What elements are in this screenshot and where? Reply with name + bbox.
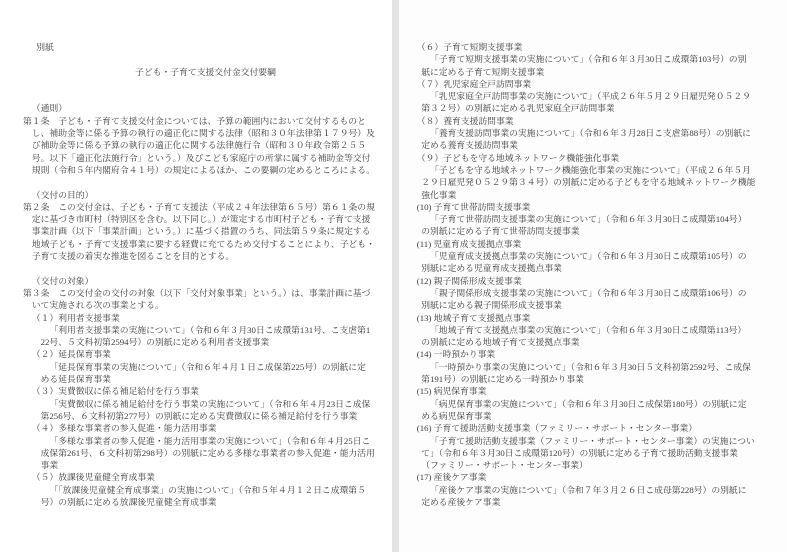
text-line: （ファミリー・サポート・センター事業） bbox=[408, 459, 779, 471]
blank-line bbox=[23, 90, 388, 102]
text-line: 第３条 この交付金の交付の対象（以下「交付対象事業」という。）は、事業計画に基づ bbox=[23, 287, 388, 299]
text-line: 第１条 子ども・子育て支援交付金については、予算の範囲内において交付するものと bbox=[23, 115, 388, 127]
text-line: （７）乳児家庭全戸訪問事業 bbox=[408, 78, 779, 90]
page-gutter bbox=[392, 0, 399, 552]
text-line: （４）多様な事業者の参入促進・能力活用事業 bbox=[23, 422, 388, 434]
text-line: (17) 産後ケア事業 bbox=[408, 471, 779, 483]
text-line: （５）放課後児童健全育成事業 bbox=[23, 471, 388, 483]
text-line: （３）実費徴収に係る補足給付を行う事業 bbox=[23, 385, 388, 397]
blank-line bbox=[23, 53, 388, 65]
text-line: 「児童育成支援拠点事業の実施について」（令和６年３月30日こ成環第105号）の bbox=[408, 250, 779, 262]
text-line: 「実費徴収に係る補足給付を行う事業の実施について」（令和６年４月23日こ成保 bbox=[23, 398, 388, 410]
blank-line bbox=[23, 78, 388, 90]
text-line: （９）子どもを守る地域ネットワーク機能強化事業 bbox=[408, 152, 779, 164]
text-line: （８）養育支援訪問事業 bbox=[408, 115, 779, 127]
text-line: び補助金等に係る予算の執行の適正化に関する法律施行令（昭和３０年政令第２５５ bbox=[23, 139, 388, 151]
text-line: 定に基づき市町村（特別区を含む。以下同じ。）が策定する市町村子ども・子育て支援 bbox=[23, 213, 388, 225]
text-line: 規則（令和５年内閣府令４１号）の規定によるほか、この要綱の定めるところによる。 bbox=[23, 164, 388, 176]
text-line: 「産後ケア事業の実施について」（令和７年３月２６日こ成母第228号）の別紙に bbox=[408, 484, 779, 496]
text-line: 22号、５文科初第2594号）の別紙に定める利用者支援事業 bbox=[23, 336, 388, 348]
text-line: （２）延長保育事業 bbox=[23, 348, 388, 360]
text-line: 「多様な事業者の参入促進・能力活用事業の実施について」（令和６年４月25日こ bbox=[23, 435, 388, 447]
text-line: 「延長保育事業の実施について」（令和６年４月１日こ成保第225号）の別紙に定 bbox=[23, 361, 388, 373]
blank-line bbox=[23, 176, 388, 188]
text-line: いて実施される次の事業とする。 bbox=[23, 299, 388, 311]
text-line: (16) 子育て援助活動支援事業（ファミリー・サポート・センター事業） bbox=[408, 422, 779, 434]
text-line: 地域子ども・子育て支援事業に要する経費に充てるため交付することにより、子ども・ bbox=[23, 238, 388, 250]
text-line: (10) 子育て世帯訪問支援事業 bbox=[408, 201, 779, 213]
text-line: (14) 一時預かり事業 bbox=[408, 348, 779, 360]
text-line: 号）の別紙に定める放課後児童健全育成事業 bbox=[23, 496, 388, 508]
text-line: 「子育て援助活動支援事業（ファミリー・サポート・センター事業）の実施につい bbox=[408, 435, 779, 447]
text-line: 別紙に定める児童育成支援拠点事業 bbox=[408, 262, 779, 274]
text-line: 事業 bbox=[23, 459, 388, 471]
text-line: 「病児保育事業の実施について」（令和６年３月30日こ成保第180号）の別紙に定 bbox=[408, 398, 779, 410]
text-line: ２９日雇児発０５２９第３４号）の別紙に定める子どもを守る地域ネットワーク機能 bbox=[408, 176, 779, 188]
text-line: 子育て支援の着実な推進を図ることを目的とする。 bbox=[23, 250, 388, 262]
text-line: 「「放課後児童健全育成事業」の実施について」（令和５年４月１２日こ成環第５ bbox=[23, 484, 388, 496]
document-page-1: 別紙 子ども・子育て支援交付金交付要綱 （通則）第１条 子ども・子育て支援交付金… bbox=[0, 0, 392, 552]
text-line: 号。以下「適正化法施行令」という。）及びこども家庭庁の所掌に属する補助金等交付 bbox=[23, 152, 388, 164]
text-line: 定める養育支援訪問事業 bbox=[408, 139, 779, 151]
text-line: （１）利用者支援事業 bbox=[23, 312, 388, 324]
text-line: 第２条 この交付金は、子ども・子育て支援法（平成２４年法律第６５号）第６１条の規 bbox=[23, 201, 388, 213]
text-line: 「養育支援訪問事業の実施について」（令和６年３月28日こ支虐第88号）の別紙に bbox=[408, 127, 779, 139]
text-line: 「親子関係形成支援事業の実施について」（令和６年３月30日こ成環第106号）の bbox=[408, 287, 779, 299]
document-title: 子ども・子育て支援交付金交付要綱 bbox=[23, 66, 388, 78]
text-line: 別紙 bbox=[23, 41, 388, 53]
text-line: 強化事業 bbox=[408, 189, 779, 201]
text-line: 成保第261号、６文科初第298号）の別紙に定める多様な事業者の参入促進・能力活… bbox=[23, 447, 388, 459]
text-line: (13) 地域子育て支援拠点事業 bbox=[408, 312, 779, 324]
text-line: 「地域子育て支援拠点事業の実施について」（令和６年３月30日こ成環第113号） bbox=[408, 324, 779, 336]
text-line: (12) 親子関係形成支援事業 bbox=[408, 275, 779, 287]
document-spread: { "theme": { "background_color": "#e6e6e… bbox=[0, 0, 787, 552]
text-line: （６）子育て短期支援事業 bbox=[408, 41, 779, 53]
text-line: 「利用者支援事業の実施について」（令和６年３月30日こ成環第131号、こ支虐第1 bbox=[23, 324, 388, 336]
text-line: 第３２号）の別紙に定める乳児家庭全戸訪問事業 bbox=[408, 102, 779, 114]
text-line: 事業計画（以下「事業計画」という。）に基づく措置のうち、同法第５９条に規定する bbox=[23, 225, 388, 237]
text-line: の別紙に定める地域子育て支援拠点事業 bbox=[408, 336, 779, 348]
text-line: 第256号、６文科初第277号）の別紙に定める実費徴収に係る補足給付を行う事業 bbox=[23, 410, 388, 422]
text-line: 「乳児家庭全戸訪問事業の実施について」（平成２６年５月２９日雇児発０５２９ bbox=[408, 90, 779, 102]
text-line: 「子育て短期支援事業の実施について」（令和６年３月30日こ成環第103号）の別 bbox=[408, 53, 779, 65]
text-line: （交付の対象） bbox=[23, 275, 388, 287]
text-line: （交付の目的） bbox=[23, 189, 388, 201]
text-line: 「子育て世帯訪問支援事業の実施について」（令和６年３月30日こ成環第104号） bbox=[408, 213, 779, 225]
text-line: て」（令和６年３月30日こ成環第120号）の別紙に定める子育て援助活動支援事業 bbox=[408, 447, 779, 459]
text-line: し、補助金等に係る予算の執行の適正化に関する法律（昭和３０年法律第１７９号）及 bbox=[23, 127, 388, 139]
text-line: める病児保育事業 bbox=[408, 410, 779, 422]
text-line: （通則） bbox=[23, 102, 388, 114]
text-line: 別紙に定める親子関係形成支援事業 bbox=[408, 299, 779, 311]
text-line: (11) 児童育成支援拠点事業 bbox=[408, 238, 779, 250]
blank-line bbox=[23, 262, 388, 274]
text-line: 第191号）の別紙に定める一時預かり事業 bbox=[408, 373, 779, 385]
text-line: 「一時預かり事業の実施について」（令和６年３月30日５文科初第2592号、こ成保 bbox=[408, 361, 779, 373]
document-page-2: （６）子育て短期支援事業「子育て短期支援事業の実施について」（令和６年３月30日… bbox=[399, 0, 787, 552]
text-line: める延長保育事業 bbox=[23, 373, 388, 385]
text-line: (15) 病児保育事業 bbox=[408, 385, 779, 397]
text-line: 紙に定める子育て短期支援事業 bbox=[408, 66, 779, 78]
text-line: の別紙に定める子育て世帯訪問支援事業 bbox=[408, 225, 779, 237]
text-line: 定める産後ケア事業 bbox=[408, 496, 779, 508]
text-line: 「子どもを守る地域ネットワーク機能強化事業の実施について」（平成２６年５月 bbox=[408, 164, 779, 176]
